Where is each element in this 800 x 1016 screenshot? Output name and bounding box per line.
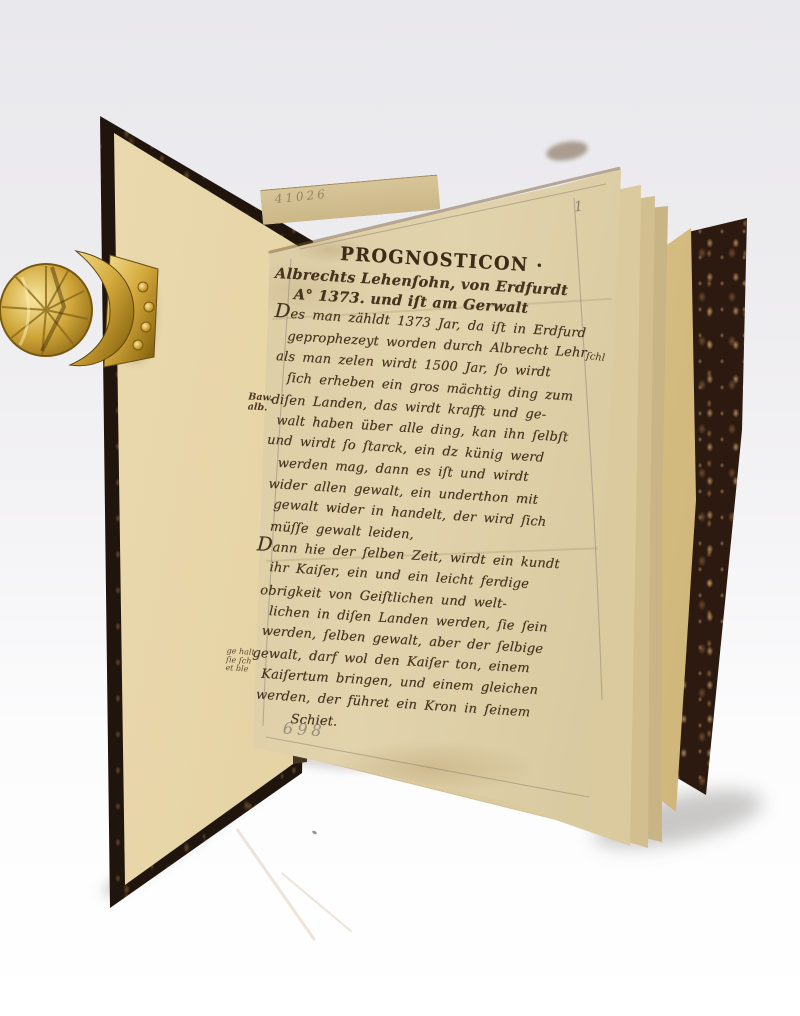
- margin-note-2: ge haltſie ſchet ble: [225, 647, 255, 674]
- margin-note-line: alb.: [247, 402, 272, 413]
- edge-inscription: 41026: [274, 187, 328, 206]
- brass-clasp-icon: [0, 247, 164, 373]
- handwriting-block: PROGNOSTICON · Albrechts Lehenſohn, von …: [250, 240, 612, 747]
- margin-note: Baw.alb.: [247, 392, 273, 413]
- photograph-scene: 41026 1 PROGNOSTICON · Albrechts Lehenſo…: [0, 0, 800, 1016]
- pencil-folio-number: 698: [282, 719, 326, 741]
- body-lines: Des man zähldt 1373 Jar, da iſt in Erdfu…: [250, 304, 609, 747]
- interline-note: ſchl: [585, 351, 605, 364]
- page-number: 1: [573, 199, 584, 216]
